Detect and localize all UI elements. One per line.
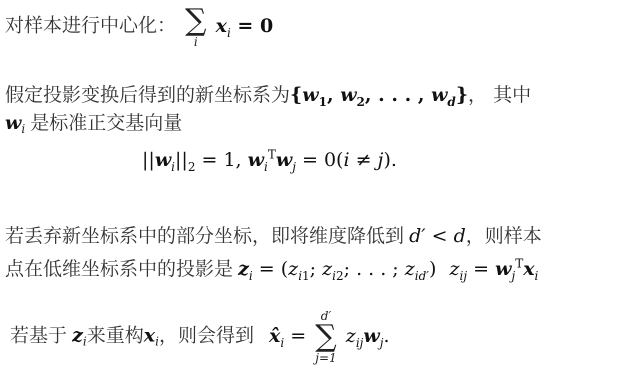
line-orthonormal: wi 是标准正交基向量 [5,108,182,136]
centering-formula: xi = 0 [216,15,274,37]
basis-set: {w1, w2, . . . , wd} [290,84,468,106]
zij-formula: zij = wjTxi [450,258,539,280]
line-reduce: 若丢弃新坐标系中的部分坐标，即将维度降低到 d′ < d，则样本 [5,221,542,248]
z-formula: zi = (zi1; zi2; . . . ; zid′) [238,258,436,280]
sum-symbol: ∑ i [185,6,206,48]
centering-text: 对样本进行中心化： [5,15,176,37]
line-lowdim-projection: 点在低维坐标系中的投影是 zi = (zi1; zi2; . . . ; zid… [5,254,538,283]
orthonormal-formula: ||wi||2 = 1, wiTwj = 0(i ≠ j). [142,148,397,174]
line-reconstruct: 若基于 zi来重构xi，则会得到 x̂i = d′ ∑ j=1 zijwj. [10,310,390,364]
line-centering: 对样本进行中心化： ∑ i xi = 0 [5,6,273,48]
line-projection: 假定投影变换后得到的新坐标系为{w1, w2, . . . , wd}， 其中 [5,80,531,109]
reconstruct-sum: d′ ∑ j=1 [315,310,336,364]
